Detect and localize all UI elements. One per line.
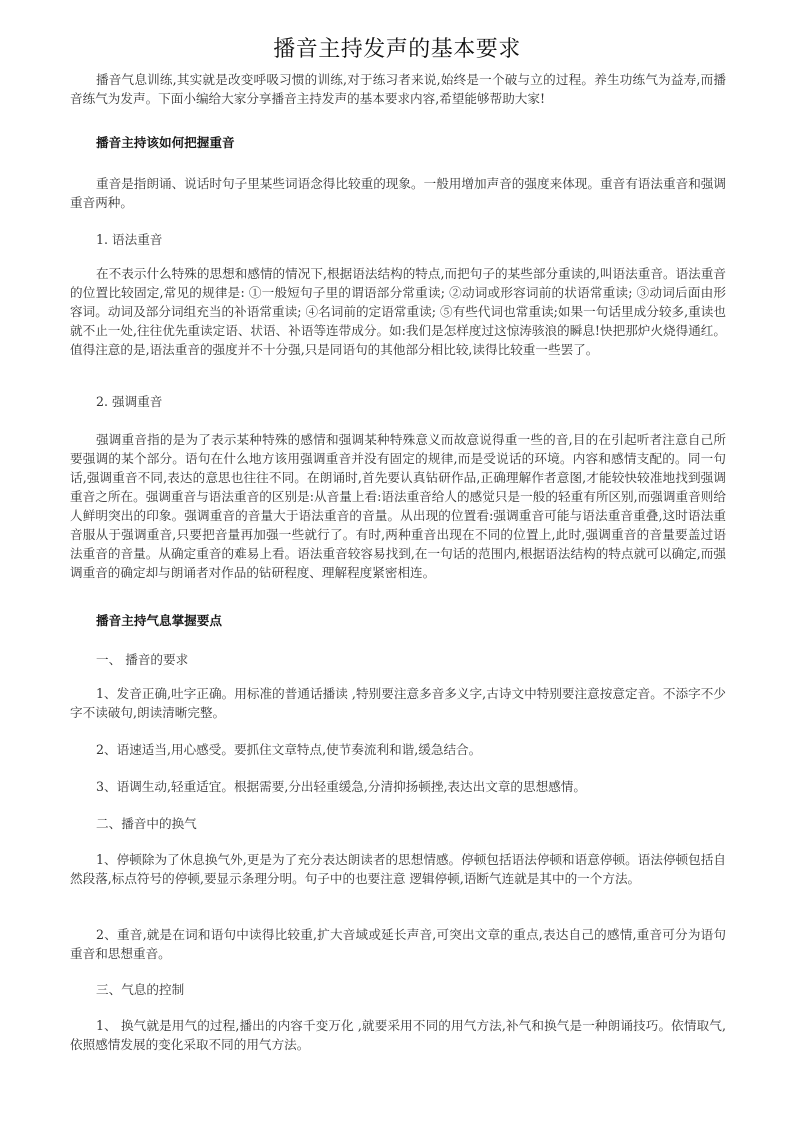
page-title: 播音主持发声的基本要求 bbox=[0, 32, 794, 63]
part3-title: 三、气息的控制 bbox=[70, 980, 726, 999]
emphatic-stress-paragraph: 强调重音指的是为了表示某种特殊的感情和强调某种特殊意义而故意说得重一些的音,目的… bbox=[70, 430, 726, 582]
intro-paragraph: 播音气息训练,其实就是改变呼吸习惯的训练,对于练习者来说,始终是一个破与立的过程… bbox=[70, 70, 726, 108]
part3-item-1: 1、 换气就是用气的过程,播出的内容千变万化 ,就要采用不同的用气方法,补气和换… bbox=[70, 1016, 726, 1054]
document-page: 播音主持发声的基本要求 播音气息训练,其实就是改变呼吸习惯的训练,对于练习者来说… bbox=[0, 0, 794, 1123]
subheading-grammar-stress: 1. 语法重音 bbox=[70, 230, 726, 249]
section-heading-breath: 播音主持气息掌握要点 bbox=[70, 611, 726, 630]
part2-item-2: 2、重音,就是在词和语句中读得比较重,扩大音域或延长声音,可突出文章的重点,表达… bbox=[70, 925, 726, 963]
part1-item-1: 1、发音正确,吐字正确。用标准的普通话播读 ,特别要注意多音多义字,古诗文中特别… bbox=[70, 684, 726, 722]
section-heading-stress: 播音主持该如何把握重音 bbox=[70, 133, 726, 152]
part2-item-1: 1、停顿除为了休息换气外,更是为了充分表达朗读者的思想情感。停顿包括语法停顿和语… bbox=[70, 850, 726, 888]
part1-item-3: 3、语调生动,轻重适宜。根据需要,分出轻重缓急,分清抑扬顿挫,表达出文章的思想感… bbox=[70, 777, 726, 796]
stress-definition-paragraph: 重音是指朗诵、说话时句子里某些词语念得比较重的现象。一般用增加声音的强度来体现。… bbox=[70, 174, 726, 212]
part1-title: 一、 播音的要求 bbox=[70, 650, 726, 669]
part1-item-2: 2、语速适当,用心感受。要抓住文章特点,使节奏流利和谐,缓急结合。 bbox=[70, 740, 726, 759]
grammar-stress-paragraph: 在不表示什么特殊的思想和感情的情况下,根据语法结构的特点,而把句子的某些部分重读… bbox=[70, 264, 726, 359]
subheading-emphatic-stress: 2. 强调重音 bbox=[70, 392, 726, 411]
part2-title: 二、播音中的换气 bbox=[70, 814, 726, 833]
